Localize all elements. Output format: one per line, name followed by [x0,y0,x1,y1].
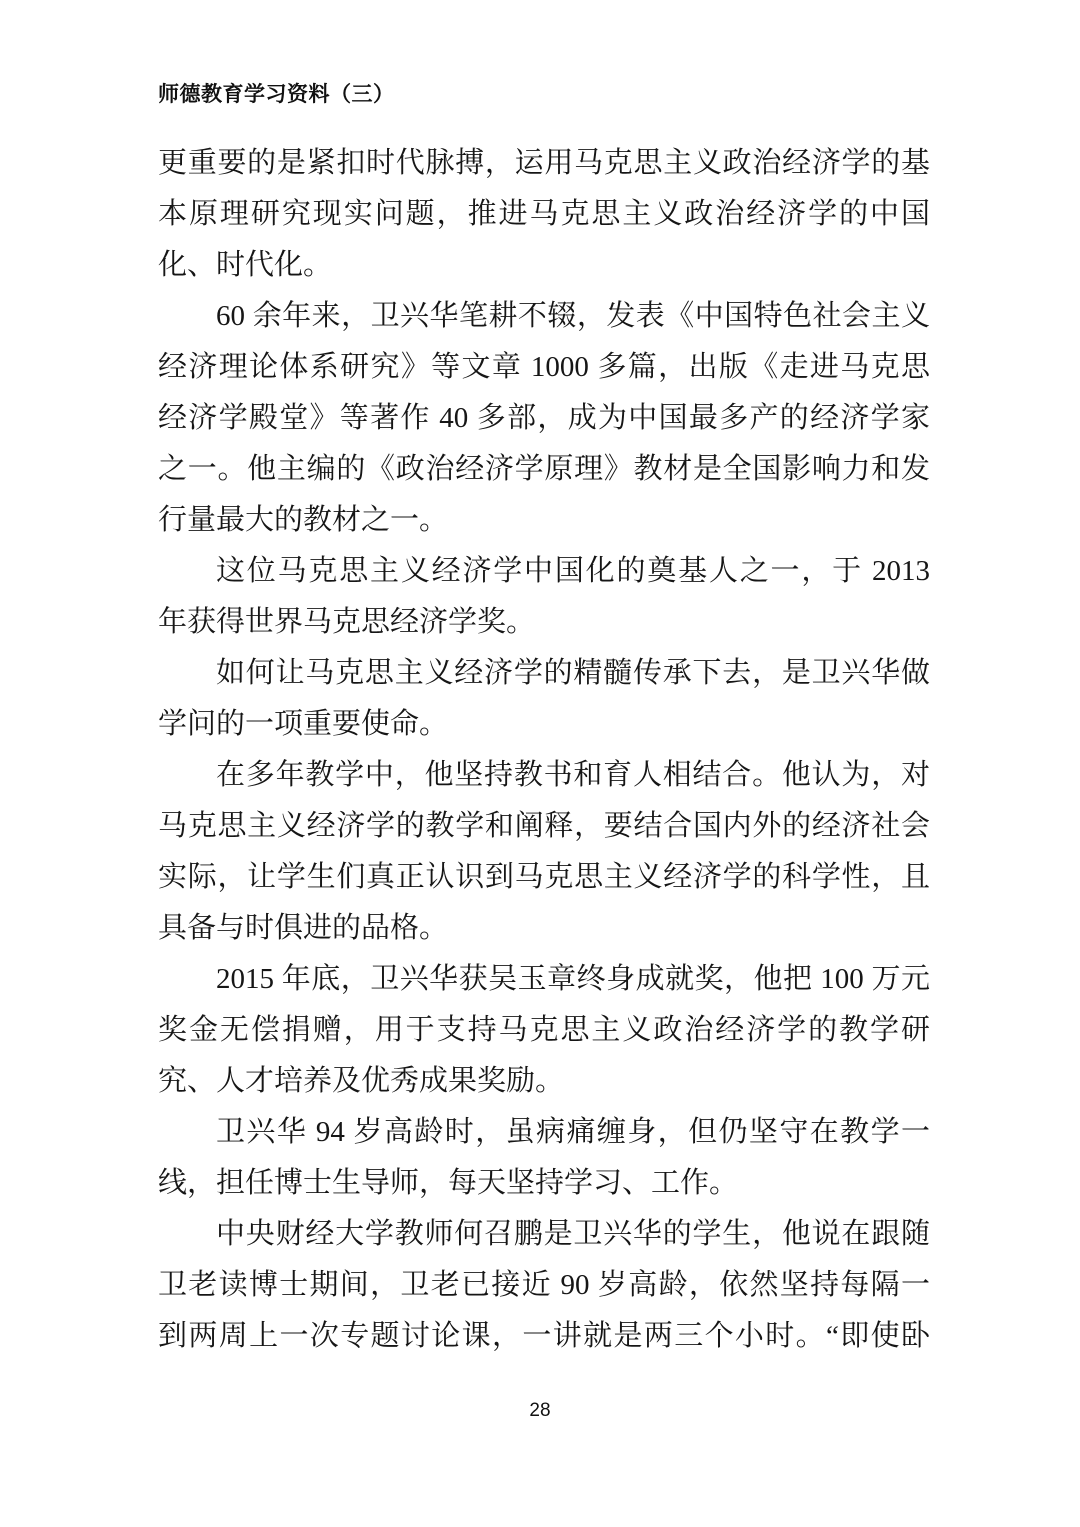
text-line: 中央财经大学教师何召鹏是卫兴华的学生，他说在跟随 [158,1209,930,1260]
text-line: 在多年教学中，他坚持教书和育人相结合。他认为，对 [158,750,930,801]
paragraph: 卫兴华 94 岁高龄时，虽病痛缠身，但仍坚守在教学一线，担任博士生导师，每天坚持… [158,1107,930,1209]
document-page: 师德教育学习资料（三） 更重要的是紧扣时代脉搏，运用马克思主义政治经济学的基本原… [0,0,1080,1527]
text-line: 卫老读博士期间，卫老已接近 90 岁高龄，依然坚持每隔一 [158,1260,930,1311]
text-line: 行量最大的教材之一。 [158,495,930,546]
text-line: 如何让马克思主义经济学的精髓传承下去，是卫兴华做 [158,648,930,699]
text-line: 年获得世界马克思经济学奖。 [158,597,930,648]
text-line: 之一。他主编的《政治经济学原理》教材是全国影响力和发 [158,444,930,495]
page-number: 28 [529,1400,550,1421]
text-line: 到两周上一次专题讨论课，一讲就是两三个小时。“即使卧 [158,1311,930,1362]
paragraph: 2015 年底，卫兴华获吴玉章终身成就奖，他把 100 万元奖金无偿捐赠，用于支… [158,954,930,1107]
text-line: 线，担任博士生导师，每天坚持学习、工作。 [158,1158,930,1209]
page-footer: 28 [0,1400,1080,1422]
paragraph: 如何让马克思主义经济学的精髓传承下去，是卫兴华做学问的一项重要使命。 [158,648,930,750]
document-header-title: 师德教育学习资料（三） [158,78,395,108]
text-line: 化、时代化。 [158,240,930,291]
text-line: 奖金无偿捐赠，用于支持马克思主义政治经济学的教学研 [158,1005,930,1056]
text-line: 卫兴华 94 岁高龄时，虽病痛缠身，但仍坚守在教学一 [158,1107,930,1158]
text-line: 这位马克思主义经济学中国化的奠基人之一，于 2013 [158,546,930,597]
text-line: 经济学殿堂》等著作 40 多部，成为中国最多产的经济学家 [158,393,930,444]
paragraph: 中央财经大学教师何召鹏是卫兴华的学生，他说在跟随卫老读博士期间，卫老已接近 90… [158,1209,930,1362]
text-line: 60 余年来，卫兴华笔耕不辍，发表《中国特色社会主义 [158,291,930,342]
paragraph: 60 余年来，卫兴华笔耕不辍，发表《中国特色社会主义经济理论体系研究》等文章 1… [158,291,930,546]
text-line: 实际，让学生们真正认识到马克思主义经济学的科学性，且 [158,852,930,903]
text-line: 更重要的是紧扣时代脉搏，运用马克思主义政治经济学的基 [158,138,930,189]
text-line: 2015 年底，卫兴华获吴玉章终身成就奖，他把 100 万元 [158,954,930,1005]
text-line: 本原理研究现实问题，推进马克思主义政治经济学的中国 [158,189,930,240]
text-line: 学问的一项重要使命。 [158,699,930,750]
text-line: 马克思主义经济学的教学和阐释，要结合国内外的经济社会 [158,801,930,852]
paragraph: 更重要的是紧扣时代脉搏，运用马克思主义政治经济学的基本原理研究现实问题，推进马克… [158,138,930,291]
text-line: 具备与时俱进的品格。 [158,903,930,954]
text-line: 究、人才培养及优秀成果奖励。 [158,1056,930,1107]
paragraph: 在多年教学中，他坚持教书和育人相结合。他认为，对马克思主义经济学的教学和阐释，要… [158,750,930,954]
text-line: 经济理论体系研究》等文章 1000 多篇，出版《走进马克思 [158,342,930,393]
document-body: 更重要的是紧扣时代脉搏，运用马克思主义政治经济学的基本原理研究现实问题，推进马克… [158,138,930,1362]
paragraph: 这位马克思主义经济学中国化的奠基人之一，于 2013年获得世界马克思经济学奖。 [158,546,930,648]
